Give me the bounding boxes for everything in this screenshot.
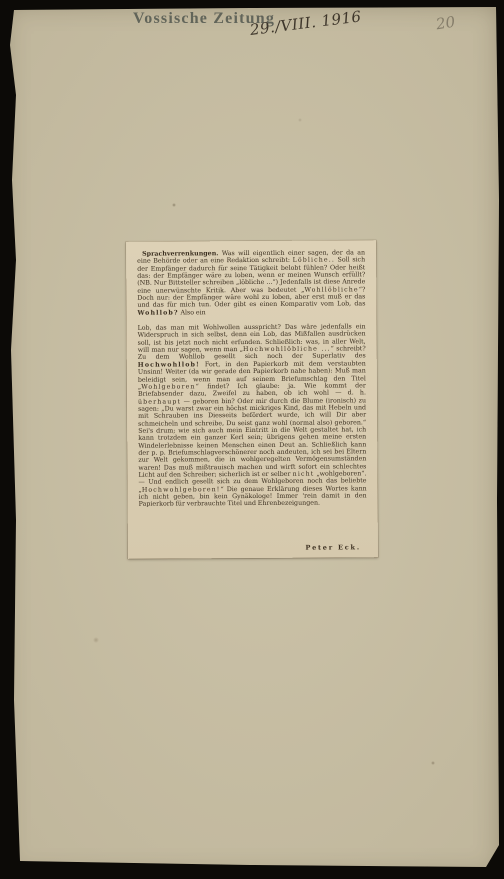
clipping-paragraph: Sprachverrenkungen. Was will eigentlich … [137,249,365,316]
text-segment: Hochwohllob! [138,361,200,368]
text-segment: Löbliche.. [293,257,335,264]
text-segment: Also ein [179,309,206,316]
page-number: 20 [435,13,457,34]
text-segment: Hochwohllöbliche ... [243,346,331,354]
text-segment: Wohllob? [137,309,178,316]
text-segment: nicht [293,471,315,478]
clipping-paragraph: Lob, das man mit Wohlwollen ausspricht? … [138,323,367,508]
text-segment: überhaupt [138,398,181,405]
text-segment: Wohllöbliche [304,286,358,293]
text-segment: — geboren bin? Oder mir durch die Blume … [138,397,366,479]
clipping-body: Sprachverrenkungen. Was will eigentlich … [137,249,367,508]
text-segment: Wohlgeboren [141,383,195,390]
newspaper-clipping: Sprachverrenkungen. Was will eigentlich … [126,240,378,559]
author-signature: Peter Eck. [306,543,361,551]
scanned-document: Vossische Zeitung 29./VIII. 1916 20 Spra… [0,0,504,879]
text-segment: Sprachverrenkungen. [142,250,218,257]
text-segment: Hochwohlgeboren! [142,486,221,493]
album-page: Vossische Zeitung 29./VIII. 1916 20 Spra… [0,0,504,879]
